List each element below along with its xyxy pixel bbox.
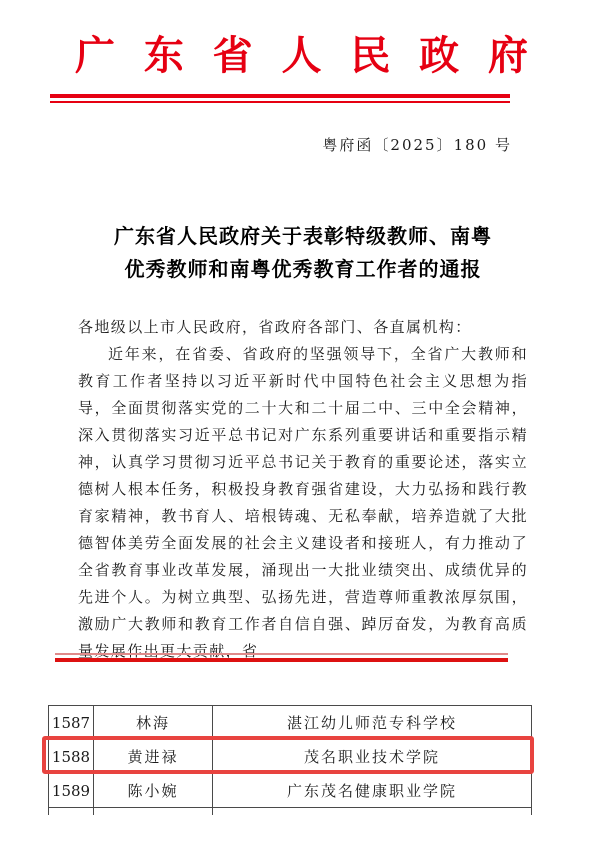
agency-char: 政 xyxy=(419,36,459,76)
document-title-line1: 广东省人民政府关于表彰特级教师、南粤 xyxy=(0,220,606,253)
document-body: 各地级以上市人民政府，省政府各部门、各直属机构： 近年来，在省委、省政府的坚强领… xyxy=(78,314,528,665)
school-cell: 茂名职业技术学院 xyxy=(213,740,532,774)
school-cell: 湛江幼儿师范专科学校 xyxy=(213,706,532,740)
table-row: 1587 林海 湛江幼儿师范专科学校 xyxy=(49,706,532,740)
bottom-double-rule xyxy=(55,653,508,662)
document-page: 广 东 省 人 民 政 府 粤府函〔2025〕180 号 广东省人民政府关于表彰… xyxy=(0,0,606,842)
doc-number: 粤府函〔2025〕180 号 xyxy=(322,134,512,155)
agency-char: 广 xyxy=(75,36,115,76)
row-number-cell xyxy=(49,808,94,816)
document-title-line2: 优秀教师和南粤优秀教育工作者的通报 xyxy=(0,253,606,286)
document-title: 广东省人民政府关于表彰特级教师、南粤 优秀教师和南粤优秀教育工作者的通报 xyxy=(0,220,606,286)
school-cell xyxy=(213,808,532,816)
row-number-cell: 1587 xyxy=(49,706,94,740)
table-row: 1589 陈小婉 广东茂名健康职业学院 xyxy=(49,774,532,808)
agency-char: 省 xyxy=(213,36,253,76)
name-cell: 陈小婉 xyxy=(94,774,213,808)
table-row-highlighted: 1588 黄进禄 茂名职业技术学院 xyxy=(49,740,532,774)
name-cell: 黄进禄 xyxy=(94,740,213,774)
agency-char: 东 xyxy=(144,36,184,76)
awards-table: 1587 林海 湛江幼儿师范专科学校 1588 黄进禄 茂名职业技术学院 158… xyxy=(48,705,532,815)
row-number-cell: 1588 xyxy=(49,740,94,774)
agency-title: 广 东 省 人 民 政 府 xyxy=(75,36,528,76)
table-row-partial xyxy=(49,808,532,816)
agency-char: 人 xyxy=(281,36,321,76)
name-cell: 林海 xyxy=(94,706,213,740)
salutation: 各地级以上市人民政府，省政府各部门、各直属机构： xyxy=(78,314,528,341)
body-paragraph: 近年来，在省委、省政府的坚强领导下，全省广大教师和教育工作者坚持以习近平新时代中… xyxy=(78,341,528,665)
letterhead-double-rule xyxy=(50,94,510,103)
agency-char: 府 xyxy=(488,36,528,76)
name-cell xyxy=(94,808,213,816)
row-number-cell: 1589 xyxy=(49,774,94,808)
school-cell: 广东茂名健康职业学院 xyxy=(213,774,532,808)
agency-char: 民 xyxy=(350,36,390,76)
